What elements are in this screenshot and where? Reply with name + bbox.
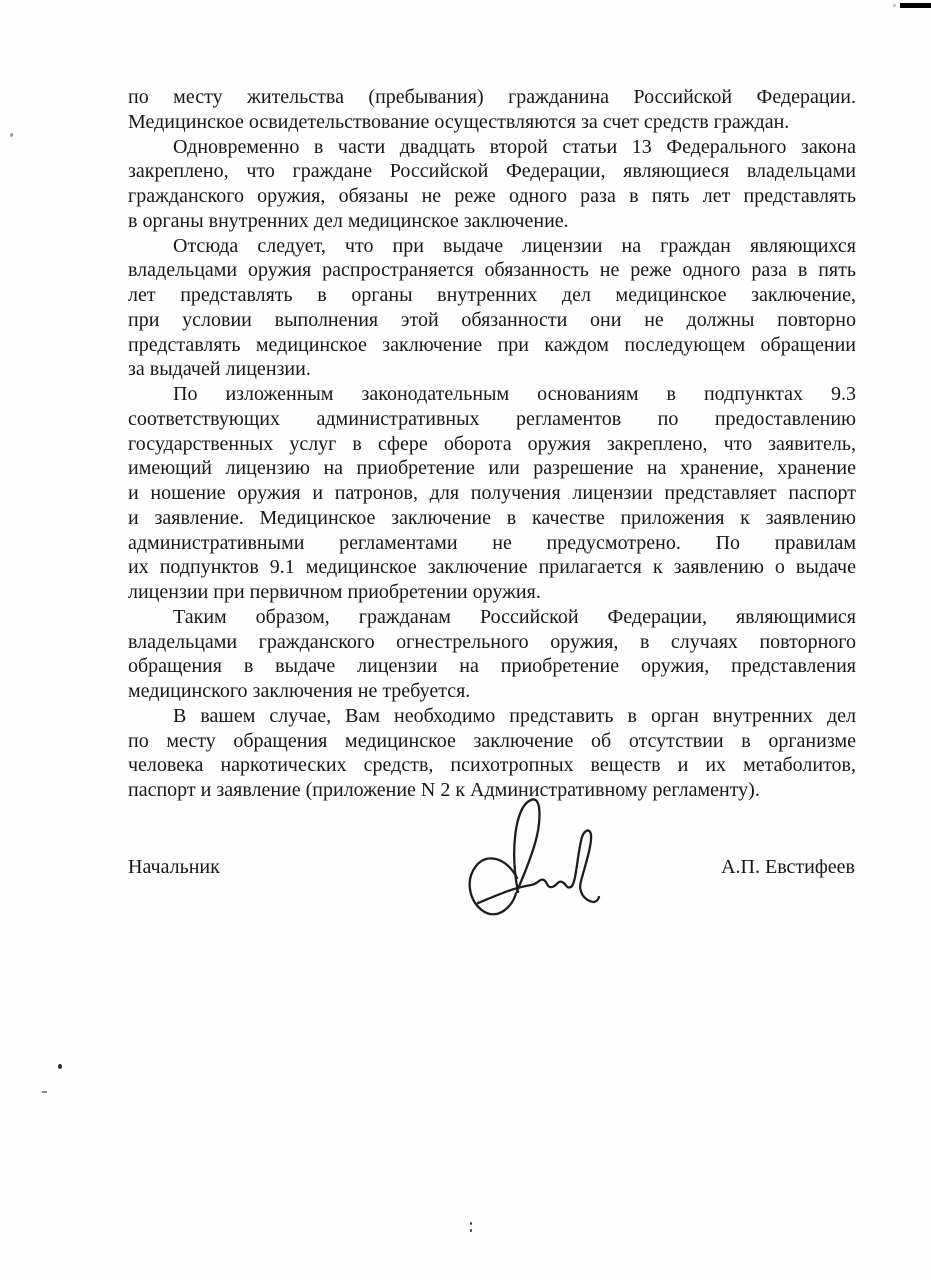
text-line: владельцами оружия распространяется обяз… bbox=[128, 258, 856, 283]
text-line: по месту жительства (пребывания) граждан… bbox=[128, 85, 856, 110]
text-line: обращения в выдаче лицензии на приобрете… bbox=[128, 654, 856, 679]
text-line: представлять медицинское заключение при … bbox=[128, 333, 856, 358]
scan-speck bbox=[893, 4, 896, 7]
text-line: имеющий лицензию на приобретение или раз… bbox=[128, 456, 856, 481]
signature-name: А.П. Евстифеев bbox=[721, 856, 855, 879]
text-line: при условии выполнения этой обязанности … bbox=[128, 308, 856, 333]
text-line: за выдачей лицензии. bbox=[128, 357, 856, 382]
text-line: их подпунктов 9.1 медицинское заключение… bbox=[128, 555, 856, 580]
text-line: лет представлять в органы внутренних дел… bbox=[128, 283, 856, 308]
text-line: По изложенным законодательным основаниям… bbox=[128, 382, 856, 407]
text-line: человека наркотических средств, психотро… bbox=[128, 753, 856, 778]
scan-speck bbox=[470, 1229, 472, 1232]
text-line: Таким образом, гражданам Российской Феде… bbox=[128, 605, 856, 630]
scan-speck bbox=[42, 1091, 47, 1093]
text-line: и заявление. Медицинское заключение в ка… bbox=[128, 506, 856, 531]
text-line: соответствующих административных регламе… bbox=[128, 407, 856, 432]
letter-body: по месту жительства (пребывания) граждан… bbox=[128, 85, 856, 803]
text-line: В вашем случае, Вам необходимо представи… bbox=[128, 704, 856, 729]
document-page: по месту жительства (пребывания) граждан… bbox=[0, 0, 931, 1280]
scan-speck bbox=[58, 1064, 62, 1069]
text-line: лицензии при первичном приобретении оруж… bbox=[128, 580, 856, 605]
text-line: Одновременно в части двадцать второй ста… bbox=[128, 135, 856, 160]
text-line: административными регламентами не предус… bbox=[128, 531, 856, 556]
signature-scribble-icon bbox=[455, 796, 620, 944]
text-line: гражданского оружия, обязаны не реже одн… bbox=[128, 184, 856, 209]
signature-title: Начальник bbox=[128, 856, 220, 879]
scan-artifact-bar bbox=[900, 3, 931, 8]
text-line: закреплено, что граждане Российской Феде… bbox=[128, 159, 856, 184]
text-line: государственных услуг в сфере оборота ор… bbox=[128, 432, 856, 457]
text-line: и ношение оружия и патронов, для получен… bbox=[128, 481, 856, 506]
text-line: в органы внутренних дел медицинское закл… bbox=[128, 209, 856, 234]
scan-speck bbox=[470, 1222, 472, 1225]
text-line: Медицинское освидетельствование осуществ… bbox=[128, 110, 856, 135]
text-line: Отсюда следует, что при выдаче лицензии … bbox=[128, 234, 856, 259]
text-line: по месту обращения медицинское заключени… bbox=[128, 729, 856, 754]
scan-speck bbox=[10, 133, 13, 137]
text-line: владельцами гражданского огнестрельного … bbox=[128, 630, 856, 655]
text-line: медицинского заключения не требуется. bbox=[128, 679, 856, 704]
